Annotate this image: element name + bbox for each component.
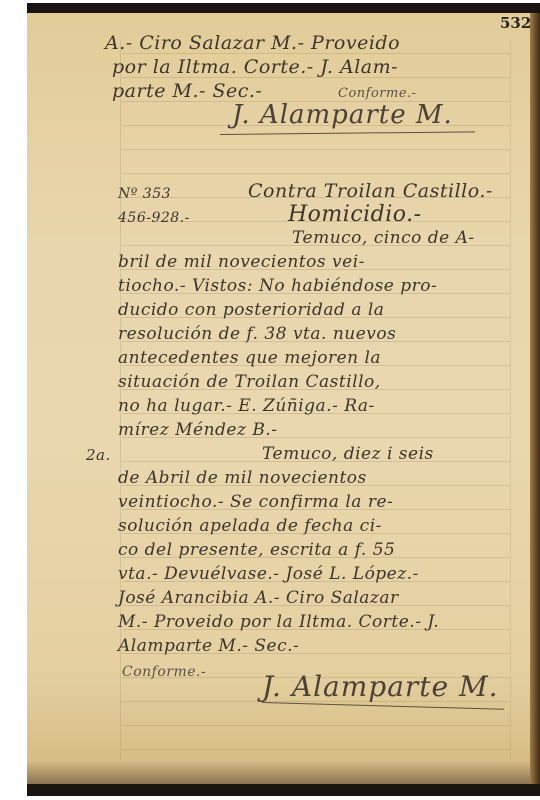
case-type: Homicidio.-: [288, 202, 422, 227]
top-entry-line: parte M.- Sec.-: [112, 80, 262, 102]
case-body-line: ducido con posterioridad a la: [118, 300, 384, 320]
conforme-note: Conforme.-: [338, 86, 417, 101]
case-number: Nº 353: [118, 186, 171, 202]
instance-marker: 2a.: [86, 446, 111, 464]
instance-body-line: M.- Proveido por la Iltma. Corte.- J.: [118, 612, 439, 632]
case-body-line: Temuco, cinco de A-: [292, 228, 475, 248]
case-title: Contra Troilan Castillo.-: [248, 180, 493, 202]
instance-body-line: vta.- Devuélvase.- José L. López.-: [118, 564, 419, 584]
case-body-line: antecedentes que mejoren la: [118, 348, 381, 368]
signature: J. Alamparte M.: [262, 670, 499, 703]
case-ref-code: 456-928.-: [118, 210, 190, 226]
instance-body-line: Temuco, diez i seis: [262, 444, 434, 464]
case-body-line: situación de Troilan Castillo,: [118, 372, 381, 392]
conforme-note: Conforme.-: [122, 664, 206, 680]
page-number: 532: [500, 14, 531, 32]
case-body-line: tiocho.- Vistos: No habiéndose pro-: [118, 276, 437, 296]
instance-body-line: solución apelada de fecha ci-: [118, 516, 382, 536]
signature: J. Alamparte M.: [232, 100, 453, 130]
instance-body-line: co del presente, escrita a f. 55: [118, 540, 395, 560]
top-entry-line: por la Iltma. Corte.- J. Alam-: [112, 56, 398, 78]
case-body-line: mírez Méndez B.-: [118, 420, 277, 440]
case-body-line: resolución de f. 38 vta. nuevos: [118, 324, 396, 344]
page-edge: [530, 13, 540, 784]
case-body-line: bril de mil novecientos vei-: [118, 252, 365, 272]
instance-body-line: de Abril de mil novecientos: [118, 468, 367, 488]
case-body-line: no ha lugar.- E. Zúñiga.- Ra-: [118, 396, 375, 416]
instance-body-line: Alamparte M.- Sec.-: [118, 636, 299, 656]
top-entry-line: A.- Ciro Salazar M.- Proveido: [105, 32, 400, 54]
right-margin-rule: [510, 40, 511, 760]
instance-body-line: veintiocho.- Se confirma la re-: [118, 492, 393, 512]
instance-body-line: José Arancibia A.- Ciro Salazar: [118, 588, 399, 608]
